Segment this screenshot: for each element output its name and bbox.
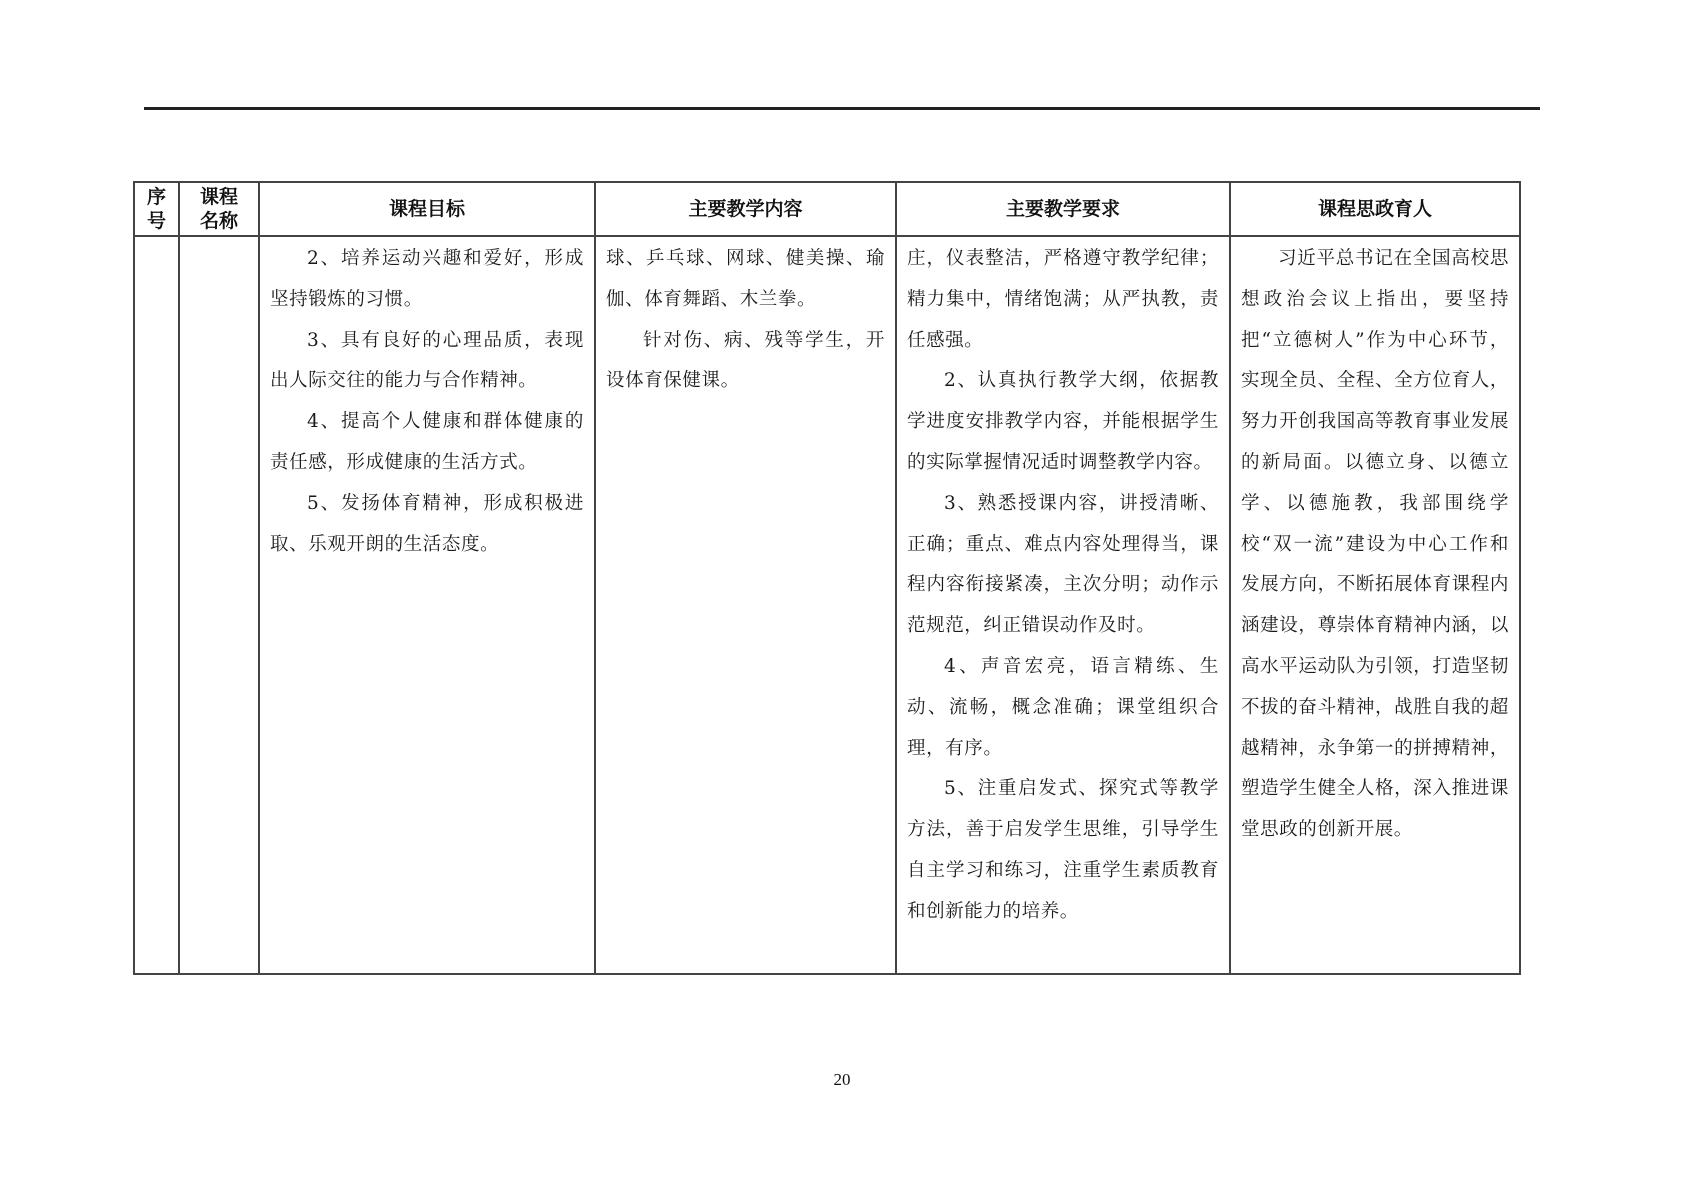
header-seq-line-2: 号: [135, 209, 178, 233]
requirement-item: 2、认真执行教学大纲，依据教学进度安排教学内容，并能根据学生的实际掌握情况适时调…: [907, 361, 1219, 483]
requirements-continuation: 庄，仪表整洁，严格遵守教学纪律；精力集中，情绪饱满；从严执教，责任感强。: [907, 239, 1219, 361]
header-rule: [144, 107, 1540, 110]
header-seq-line-1: 序: [135, 185, 178, 209]
header-seq: 序 号: [134, 182, 179, 236]
cell-content: 球、乒乓球、网球、健美操、瑜伽、体育舞蹈、木兰拳。 针对伤、病、残等学生，开设体…: [595, 236, 896, 974]
goal-item: 3、具有良好的心理品质，表现出人际交往的能力与合作精神。: [270, 321, 584, 403]
header-name-line-2: 名称: [180, 209, 258, 233]
cell-goals: 2、培养运动兴趣和爱好，形成坚持锻炼的习惯。 3、具有良好的心理品质，表现出人际…: [259, 236, 595, 974]
cell-course-name: [179, 236, 259, 974]
goal-item: 4、提高个人健康和群体健康的责任感，形成健康的生活方式。: [270, 402, 584, 484]
ideology-paragraph: 习近平总书记在全国高校思想政治会议上指出，要坚持把“立德树人”作为中心环节，实现…: [1241, 239, 1509, 851]
goal-item: 5、发扬体育精神，形成积极进取、乐观开朗的生活态度。: [270, 484, 584, 566]
cell-seq: [134, 236, 179, 974]
header-ideology: 课程思政育人: [1230, 182, 1520, 236]
table-header-row: 序 号 课程 名称 课程目标 主要教学内容 主要教学要求 课程思政育人: [134, 182, 1520, 236]
content-continuation: 球、乒乓球、网球、健美操、瑜伽、体育舞蹈、木兰拳。: [606, 239, 885, 321]
content-paragraph: 针对伤、病、残等学生，开设体育保健课。: [606, 321, 885, 403]
header-requirements: 主要教学要求: [896, 182, 1230, 236]
requirement-item: 5、注重启发式、探究式等教学方法，善于启发学生思维，引导学生自主学习和练习，注重…: [907, 769, 1219, 932]
header-content: 主要教学内容: [595, 182, 896, 236]
requirement-item: 4、声音宏亮，语言精练、生动、流畅，概念准确；课堂组织合理，有序。: [907, 647, 1219, 769]
page-number: 20: [0, 1070, 1684, 1090]
course-table: 序 号 课程 名称 课程目标 主要教学内容 主要教学要求 课程思政育人 2、培养…: [133, 181, 1521, 975]
cell-ideology: 习近平总书记在全国高校思想政治会议上指出，要坚持把“立德树人”作为中心环节，实现…: [1230, 236, 1520, 974]
goal-item: 2、培养运动兴趣和爱好，形成坚持锻炼的习惯。: [270, 239, 584, 321]
header-goals: 课程目标: [259, 182, 595, 236]
requirement-item: 3、熟悉授课内容，讲授清晰、正确；重点、难点内容处理得当，课程内容衔接紧凑，主次…: [907, 484, 1219, 647]
header-course-name: 课程 名称: [179, 182, 259, 236]
header-name-line-1: 课程: [180, 185, 258, 209]
table-row: 2、培养运动兴趣和爱好，形成坚持锻炼的习惯。 3、具有良好的心理品质，表现出人际…: [134, 236, 1520, 974]
cell-requirements: 庄，仪表整洁，严格遵守教学纪律；精力集中，情绪饱满；从严执教，责任感强。 2、认…: [896, 236, 1230, 974]
